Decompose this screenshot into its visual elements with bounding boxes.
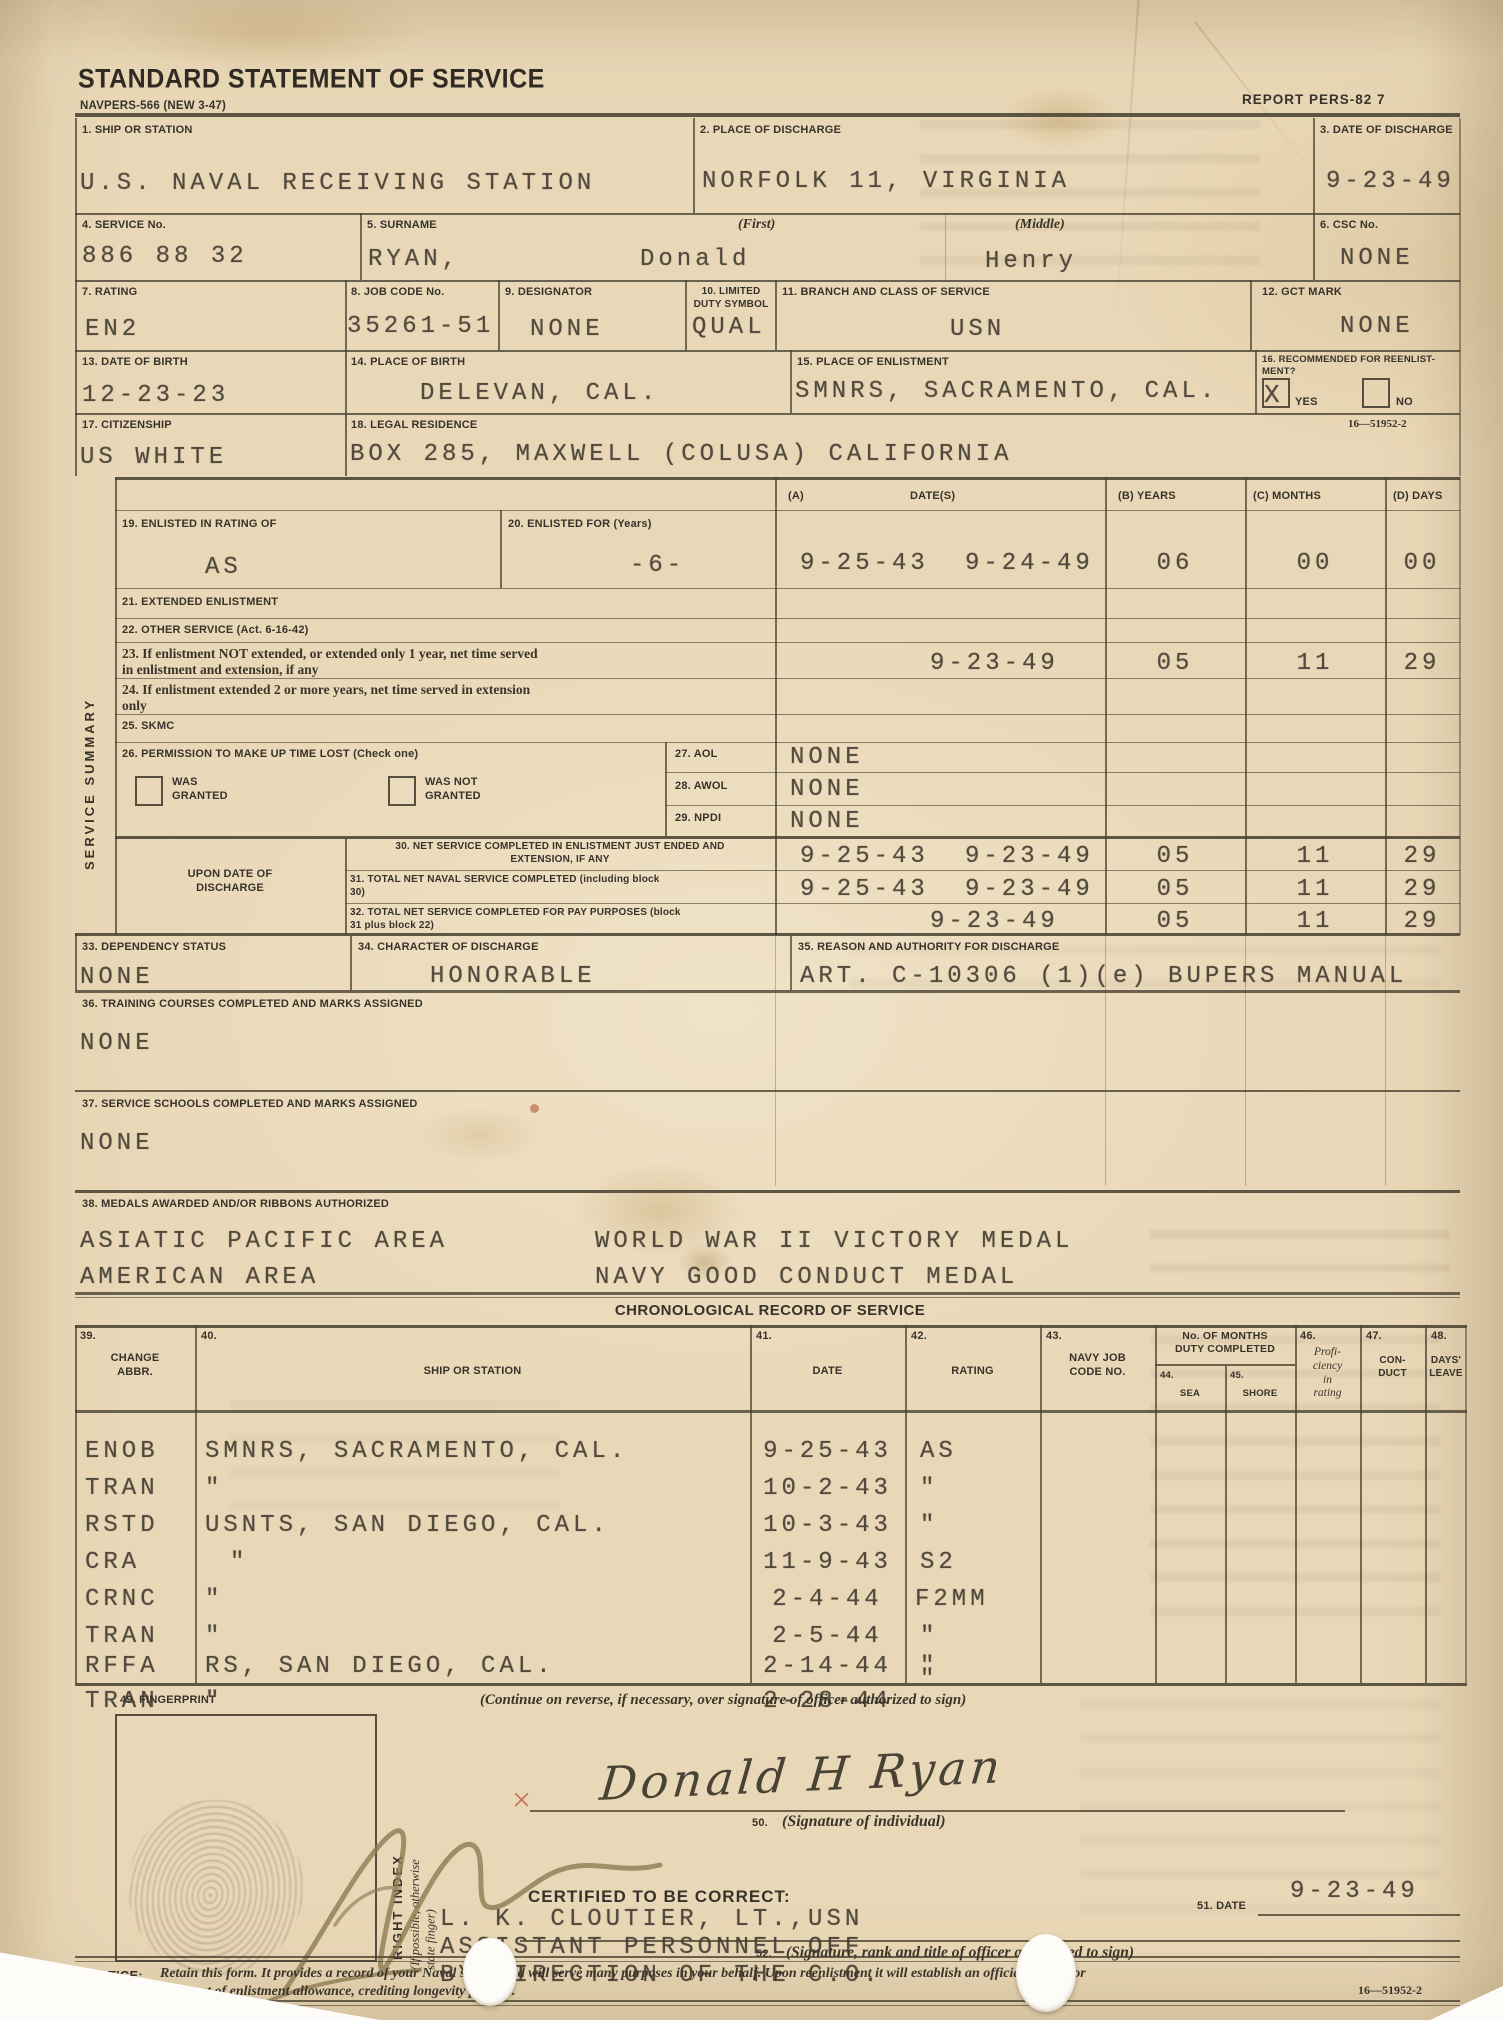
field-label: 5. SURNAME — [367, 219, 437, 233]
field-label: 8. JOB CODE No. — [351, 286, 444, 300]
date: 2-4-44 — [750, 1588, 905, 1612]
first-name-caption: (First) — [738, 217, 775, 233]
field-value: ART. C-10306 (1)(e) BUPERS MANUAL — [800, 965, 1407, 989]
rating: S2 — [920, 1551, 957, 1575]
field-label: 12. GCT MARK — [1262, 286, 1342, 300]
field-label: 35. REASON AND AUTHORITY FOR DISCHARGE — [798, 941, 1059, 955]
col-caption: RATING — [905, 1365, 1040, 1379]
field-value: NONE — [790, 746, 864, 770]
field-label: 18. LEGAL RESIDENCE — [351, 419, 477, 433]
station: SMNRS, SACRAMENTO, CAL. — [205, 1440, 628, 1464]
field-label: 9. DESIGNATOR — [505, 286, 592, 300]
col-months: (C) MONTHS — [1253, 490, 1321, 504]
field-label: 21. EXTENDED ENLISTMENT — [122, 596, 278, 610]
days-value: 29 — [1385, 878, 1459, 902]
rating: F2MM — [915, 1588, 989, 1612]
upon-date-of-discharge-label: UPON DATE OF DISCHARGE — [118, 868, 342, 896]
field-label: 6. CSC No. — [1320, 219, 1378, 233]
field-label: 3. DATE OF DISCHARGE — [1320, 124, 1453, 138]
col-caption: CON- DUCT — [1360, 1355, 1425, 1380]
field-value: NONE — [790, 810, 864, 834]
field-value: USN — [950, 318, 1005, 342]
date-51-value: 9-23-49 — [1290, 1880, 1419, 1904]
date-value: 9-25-43 — [800, 845, 929, 869]
was-not-granted-checkbox — [388, 776, 416, 806]
months-value: 11 — [1245, 652, 1385, 676]
station: " — [230, 1551, 248, 1575]
report-code: REPORT PERS-82 7 — [1242, 92, 1386, 109]
continue-note: (Continue on reverse, if necessary, over… — [480, 1692, 966, 1709]
days-value: 00 — [1385, 552, 1459, 576]
field-label: 26. PERMISSION TO MAKE UP TIME LOST (Che… — [122, 748, 418, 762]
change-abbr: CRNC — [85, 1588, 159, 1612]
field-label: 37. SERVICE SCHOOLS COMPLETED AND MARKS … — [82, 1098, 418, 1112]
field-label: 34. CHARACTER OF DISCHARGE — [358, 941, 539, 955]
years-value: 05 — [1105, 878, 1245, 902]
field-label: 19. ENLISTED IN RATING OF — [122, 518, 277, 532]
rating: " — [920, 1668, 938, 1692]
change-abbr: RSTD — [85, 1514, 159, 1538]
torn-edge — [1430, 1985, 1503, 2020]
station: " — [205, 1477, 223, 1501]
col-num: 43. — [1046, 1330, 1062, 1344]
col-num: 45. — [1230, 1370, 1244, 1382]
months-value: 11 — [1245, 878, 1385, 902]
years-value: 05 — [1105, 845, 1245, 869]
print-code-bottom: 16—51952-2 — [1358, 1984, 1422, 1998]
rating: " — [920, 1477, 938, 1501]
days-value: 29 — [1385, 652, 1459, 676]
field-value: DELEVAN, CAL. — [420, 382, 659, 406]
field-label: 33. DEPENDENCY STATUS — [82, 941, 226, 955]
date: 2-5-44 — [750, 1625, 905, 1649]
was-granted-checkbox — [135, 776, 163, 806]
days-value: 29 — [1385, 845, 1459, 869]
field-value: 35261-51 — [347, 315, 494, 339]
field-label: 28. AWOL — [675, 780, 728, 794]
ink-bleedthrough — [1150, 1230, 1450, 1272]
no-checkbox — [1362, 378, 1390, 408]
field-value: SMNRS, SACRAMENTO, CAL. — [795, 380, 1218, 404]
rating: " — [920, 1514, 938, 1538]
field-value: NONE — [790, 778, 864, 802]
col-num: 39. — [80, 1330, 96, 1344]
field-label: 7. RATING — [82, 286, 137, 300]
was-not-granted-label: WAS NOT GRANTED — [425, 776, 481, 804]
field-value: NONE — [80, 966, 154, 990]
col-years: (B) YEARS — [1118, 490, 1176, 504]
days-value: 29 — [1385, 910, 1459, 934]
fingerprint-label: 49. FINGERPRINT — [120, 1694, 216, 1708]
col-caption: CHANGE ABBR. — [75, 1352, 195, 1380]
field-label: 23. If enlistment NOT extended, or exten… — [122, 646, 538, 677]
field-value: 9-23-49 — [1326, 170, 1455, 194]
field-value: EN2 — [85, 318, 140, 342]
field-label: 27. AOL — [675, 748, 718, 762]
col-num: 47. — [1366, 1330, 1382, 1344]
months-value: 11 — [1245, 910, 1385, 934]
col-caption: DATE — [750, 1365, 905, 1379]
years-value: 05 — [1105, 652, 1245, 676]
officer-name-line: L. K. CLOUTIER, LT.,USN — [440, 1908, 863, 1932]
no-label: NO — [1396, 396, 1413, 410]
field-label: 17. CITIZENSHIP — [82, 419, 172, 433]
date: 2-14-44 — [750, 1655, 905, 1679]
caption-51: 51. DATE — [1197, 1900, 1246, 1914]
hole-punch — [1016, 1934, 1076, 2012]
col-num: 46. — [1300, 1330, 1316, 1344]
station: USNTS, SAN DIEGO, CAL. — [205, 1514, 610, 1538]
field-value: NONE — [530, 318, 604, 342]
field-label: 20. ENLISTED FOR (Years) — [508, 518, 652, 532]
field-label: 2. PLACE OF DISCHARGE — [700, 124, 841, 138]
date: 11-9-43 — [750, 1551, 905, 1575]
caption-50: (Signature of individual) — [782, 1813, 946, 1831]
col-num: 42. — [911, 1330, 927, 1344]
field-label: 24. If enlistment extended 2 or more yea… — [122, 682, 530, 713]
field-label: 25. SKMC — [122, 720, 174, 734]
change-abbr: RFFA — [85, 1655, 159, 1679]
field-label: 1. SHIP OR STATION — [82, 124, 193, 138]
certified-label: CERTIFIED TO BE CORRECT: — [528, 1886, 791, 1907]
field-label: 13. DATE OF BIRTH — [82, 356, 188, 370]
col-num: 40. — [201, 1330, 217, 1344]
print-code-top: 16—51952-2 — [1348, 418, 1407, 431]
field-value: NONE — [1340, 315, 1414, 339]
yes-checkbox-mark: X — [1264, 382, 1284, 408]
field-label: 31. TOTAL NET NAVAL SERVICE COMPLETED (i… — [350, 874, 770, 899]
station: " — [205, 1588, 223, 1612]
date: 10-2-43 — [750, 1477, 905, 1501]
field-value: HONORABLE — [430, 965, 596, 989]
date-value: 9-23-49 — [965, 845, 1094, 869]
chronological-record-title: CHRONOLOGICAL RECORD OF SERVICE — [420, 1302, 1120, 1321]
col-a: (A) — [788, 490, 804, 504]
col-caption: SEA — [1155, 1388, 1225, 1400]
date-value: 9-24-49 — [965, 552, 1094, 576]
change-abbr: TRAN — [85, 1625, 159, 1649]
field-label: 15. PLACE OF ENLISTMENT — [797, 356, 949, 370]
col-caption: SHIP OR STATION — [195, 1365, 750, 1379]
date-value: 9-23-49 — [965, 878, 1094, 902]
change-abbr: TRAN — [85, 1477, 159, 1501]
field-value: -6- — [630, 554, 685, 578]
field-label: 29. NPDI — [675, 812, 721, 826]
field-label: 38. MEDALS AWARDED AND/OR RIBBONS AUTHOR… — [82, 1198, 389, 1212]
field-label: 10. LIMITED DUTY SYMBOL — [688, 286, 774, 311]
col-dates: DATE(S) — [910, 490, 955, 504]
col-num: 44. — [1160, 1370, 1174, 1382]
medal-item: AMERICAN AREA — [80, 1266, 319, 1290]
field-value: 886 88 32 — [82, 245, 248, 269]
field-label: 16. RECOMMENDED FOR REENLIST- MENT? — [1262, 354, 1462, 378]
date-value: 9-23-49 — [930, 652, 1059, 676]
medal-item: WORLD WAR II VICTORY MEDAL — [595, 1230, 1073, 1254]
col-num: 41. — [756, 1330, 772, 1344]
surname-value: RYAN, — [368, 248, 460, 272]
date: 9-25-43 — [750, 1440, 905, 1464]
middle-name-value: Henry — [985, 250, 1077, 274]
field-value: NONE — [80, 1132, 154, 1156]
date: 10-3-43 — [750, 1514, 905, 1538]
station: RS, SAN DIEGO, CAL. — [205, 1655, 555, 1679]
field-label: 36. TRAINING COURSES COMPLETED AND MARKS… — [82, 998, 423, 1012]
scanned-service-record: STANDARD STATEMENT OF SERVICE NAVPERS-56… — [0, 0, 1503, 2020]
col-caption: DAYS' LEAVE — [1425, 1355, 1467, 1380]
field-label: 32. TOTAL NET SERVICE COMPLETED FOR PAY … — [350, 907, 770, 932]
col-caption: NAVY JOB CODE NO. — [1040, 1352, 1155, 1380]
change-abbr: CRA — [85, 1551, 140, 1575]
was-granted-label: WAS GRANTED — [172, 776, 228, 804]
field-value: AS — [205, 556, 242, 580]
date-value: 9-23-49 — [930, 910, 1059, 934]
field-label: 4. SERVICE No. — [82, 219, 166, 233]
caption-52: (Signature, rank and title of officer au… — [786, 1944, 1134, 1962]
field-value: QUAL — [692, 316, 766, 340]
field-value: NORFOLK 11, VIRGINIA — [702, 170, 1070, 194]
rating: " — [920, 1625, 938, 1649]
notice-line-1: Retain this form. It provides a record o… — [160, 1966, 1086, 1982]
months-value: 00 — [1245, 552, 1385, 576]
first-name-value: Donald — [640, 248, 750, 272]
years-value: 06 — [1105, 552, 1245, 576]
form-title: STANDARD STATEMENT OF SERVICE — [78, 63, 545, 97]
field-value: US WHITE — [80, 446, 227, 470]
col-num: 48. — [1431, 1330, 1447, 1344]
months-value: 11 — [1245, 845, 1385, 869]
col-days: (D) DAYS — [1393, 490, 1442, 504]
field-label: 22. OTHER SERVICE (Act. 6-16-42) — [122, 624, 309, 638]
col-caption: Profi- ciency in rating — [1295, 1346, 1360, 1401]
ink-bleedthrough — [920, 120, 1260, 280]
field-value: NONE — [1340, 247, 1414, 271]
field-label: 11. BRANCH AND CLASS OF SERVICE — [782, 286, 990, 300]
months-duty-caption: No. OF MONTHS DUTY COMPLETED — [1155, 1330, 1295, 1356]
field-value: BOX 285, MAXWELL (COLUSA) CALIFORNIA — [350, 443, 1012, 467]
field-label: 30. NET SERVICE COMPLETED IN ENLISTMENT … — [350, 841, 770, 866]
field-value: NONE — [80, 1032, 154, 1056]
station: " — [205, 1625, 223, 1649]
caption-52-number: 52. — [756, 1948, 772, 1962]
field-value: U.S. NAVAL RECEIVING STATION — [80, 172, 595, 196]
middle-name-caption: (Middle) — [1015, 217, 1065, 233]
service-summary-side-label: SERVICE SUMMARY — [82, 570, 98, 870]
rating: AS — [920, 1440, 957, 1464]
form-number: NAVPERS-566 (NEW 3-47) — [80, 99, 226, 113]
years-value: 05 — [1105, 910, 1245, 934]
medal-item: NAVY GOOD CONDUCT MEDAL — [595, 1266, 1018, 1290]
field-value: 12-23-23 — [82, 384, 229, 408]
hole-punch — [463, 1938, 517, 2006]
medal-item: ASIATIC PACIFIC AREA — [80, 1230, 448, 1254]
col-caption: SHORE — [1225, 1388, 1295, 1400]
ink-spot — [530, 1104, 539, 1113]
date-value: 9-25-43 — [800, 878, 929, 902]
change-abbr: ENOB — [85, 1440, 159, 1464]
field-label: 14. PLACE OF BIRTH — [351, 356, 465, 370]
date-value: 9-25-43 — [800, 552, 929, 576]
yes-label: YES — [1295, 396, 1318, 410]
